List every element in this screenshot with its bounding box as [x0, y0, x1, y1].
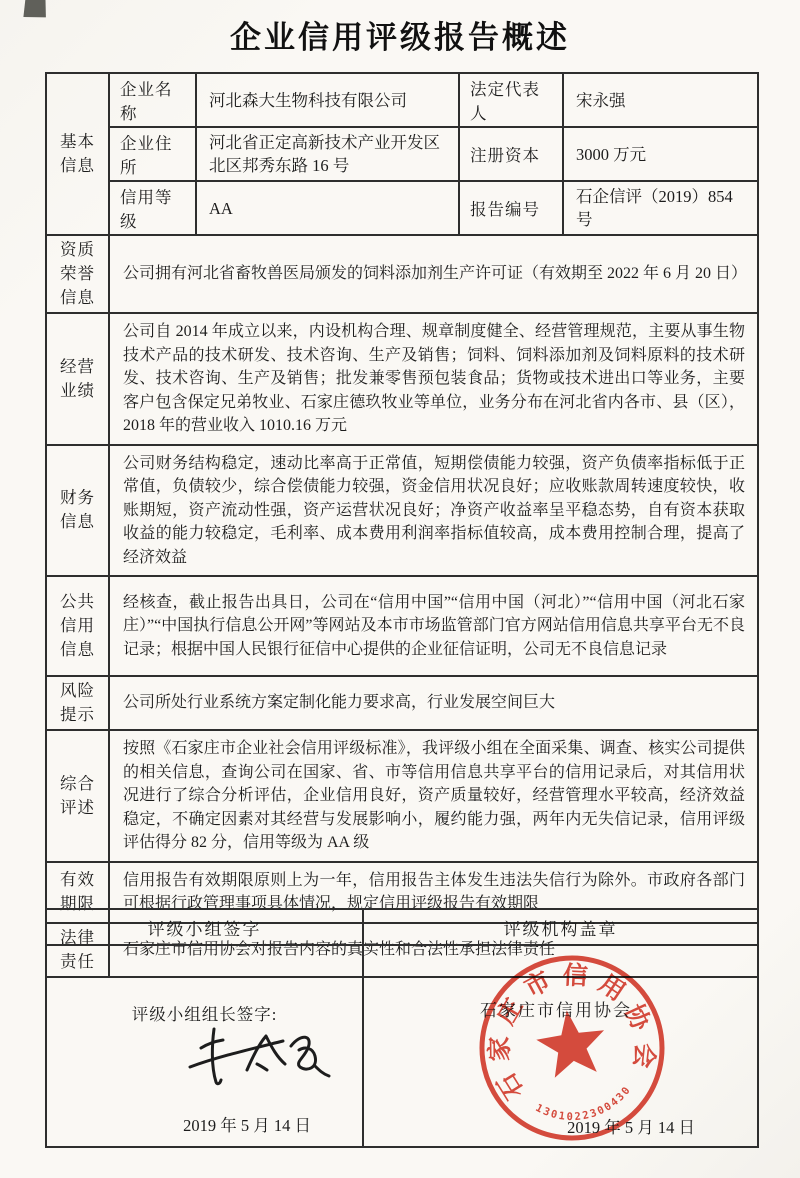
field-label: 法定代表人: [459, 73, 563, 127]
signature-cell: 评级小组组长签字: 2019 年 5 月 14 日: [46, 945, 363, 1147]
section-text: 经核查，截止报告出具日，公司在“信用中国”“信用中国（河北）”“信用中国（河北石…: [109, 576, 758, 676]
row-header: 综合评述: [46, 730, 109, 862]
table-row: 企业住所 河北省正定高新技术产业开发区北区邦秀东路 16 号 注册资本 3000…: [46, 127, 758, 181]
scanned-page: 企业信用评级报告概述 基本信息 企业名称 河北森大生物科技有限公司 法定代表人 …: [0, 0, 800, 1178]
leader-signature-label: 评级小组组长签字:: [47, 1001, 362, 1025]
section-text: 公司所处行业系统方案定制化能力要求高，行业发展空间巨大: [109, 676, 758, 730]
section-row: 风险提示 公司所处行业系统方案定制化能力要求高，行业发展空间巨大: [46, 676, 758, 730]
section-row: 经营业绩 公司自 2014 年成立以来，内设机构合理、规章制度健全、经营管理规范…: [46, 313, 758, 445]
signoff-header-row: 评级小组签字 评级机构盖章: [46, 909, 758, 945]
star-icon: [533, 1006, 610, 1080]
field-value: 石企信评（2019）854 号: [563, 181, 758, 235]
handwritten-signature: [187, 1024, 337, 1096]
signoff-table: 评级小组签字 评级机构盖章 评级小组组长签字: 2019 年: [45, 908, 759, 1148]
section-row: 资质荣誉信息 公司拥有河北省畜牧兽医局颁发的饲料添加剂生产许可证（有效期至 20…: [46, 235, 758, 313]
section-text: 公司财务结构稳定，速动比率高于正常值，短期偿债能力较强，资产负债率指标低于正常值…: [109, 445, 758, 577]
field-value: 3000 万元: [563, 127, 758, 181]
table-row: 基本信息 企业名称 河北森大生物科技有限公司 法定代表人 宋永强: [46, 73, 758, 127]
row-header: 财务信息: [46, 445, 109, 577]
section-text: 按照《石家庄市企业社会信用评级标准》，我评级小组在全面采集、调查、核实公司提供的…: [109, 730, 758, 862]
row-header: 经营业绩: [46, 313, 109, 445]
stamp-cell: 石家庄市信用协会 石家庄市信用协会 1301022300430 2019: [363, 945, 758, 1147]
signoff-right-header: 评级机构盖章: [363, 909, 758, 945]
field-label: 信用等级: [109, 181, 196, 235]
field-label: 注册资本: [459, 127, 563, 181]
field-label: 报告编号: [459, 181, 563, 235]
row-header: 公共信用信息: [46, 576, 109, 676]
field-label: 企业住所: [109, 127, 196, 181]
field-value: 宋永强: [563, 73, 758, 127]
row-header-basic-info: 基本信息: [46, 73, 109, 235]
section-row: 财务信息 公司财务结构稳定，速动比率高于正常值，短期偿债能力较强，资产负债率指标…: [46, 445, 758, 577]
signoff-left-header: 评级小组签字: [46, 909, 363, 945]
section-text: 公司拥有河北省畜牧兽医局颁发的饲料添加剂生产许可证（有效期至 2022 年 6 …: [109, 235, 758, 313]
signoff-body-row: 评级小组组长签字: 2019 年 5 月 14 日 石家庄市信用协会: [46, 945, 758, 1147]
row-header: 资质荣誉信息: [46, 235, 109, 313]
table-row: 信用等级 AA 报告编号 石企信评（2019）854 号: [46, 181, 758, 235]
field-label: 企业名称: [109, 73, 196, 127]
field-value: 河北森大生物科技有限公司: [196, 73, 459, 127]
section-row: 公共信用信息 经核查，截止报告出具日，公司在“信用中国”“信用中国（河北）”“信…: [46, 576, 758, 676]
right-date: 2019 年 5 月 14 日: [521, 1114, 741, 1138]
row-header: 风险提示: [46, 676, 109, 730]
field-value: 河北省正定高新技术产业开发区北区邦秀东路 16 号: [196, 127, 459, 181]
field-value: AA: [196, 181, 459, 235]
left-date: 2019 年 5 月 14 日: [137, 1112, 357, 1136]
report-table: 基本信息 企业名称 河北森大生物科技有限公司 法定代表人 宋永强 企业住所 河北…: [45, 72, 759, 978]
page-title: 企业信用评级报告概述: [0, 12, 800, 57]
section-row: 综合评述 按照《石家庄市企业社会信用评级标准》，我评级小组在全面采集、调查、核实…: [46, 730, 758, 862]
section-text: 公司自 2014 年成立以来，内设机构合理、规章制度健全、经营管理规范，主要从事…: [109, 313, 758, 445]
